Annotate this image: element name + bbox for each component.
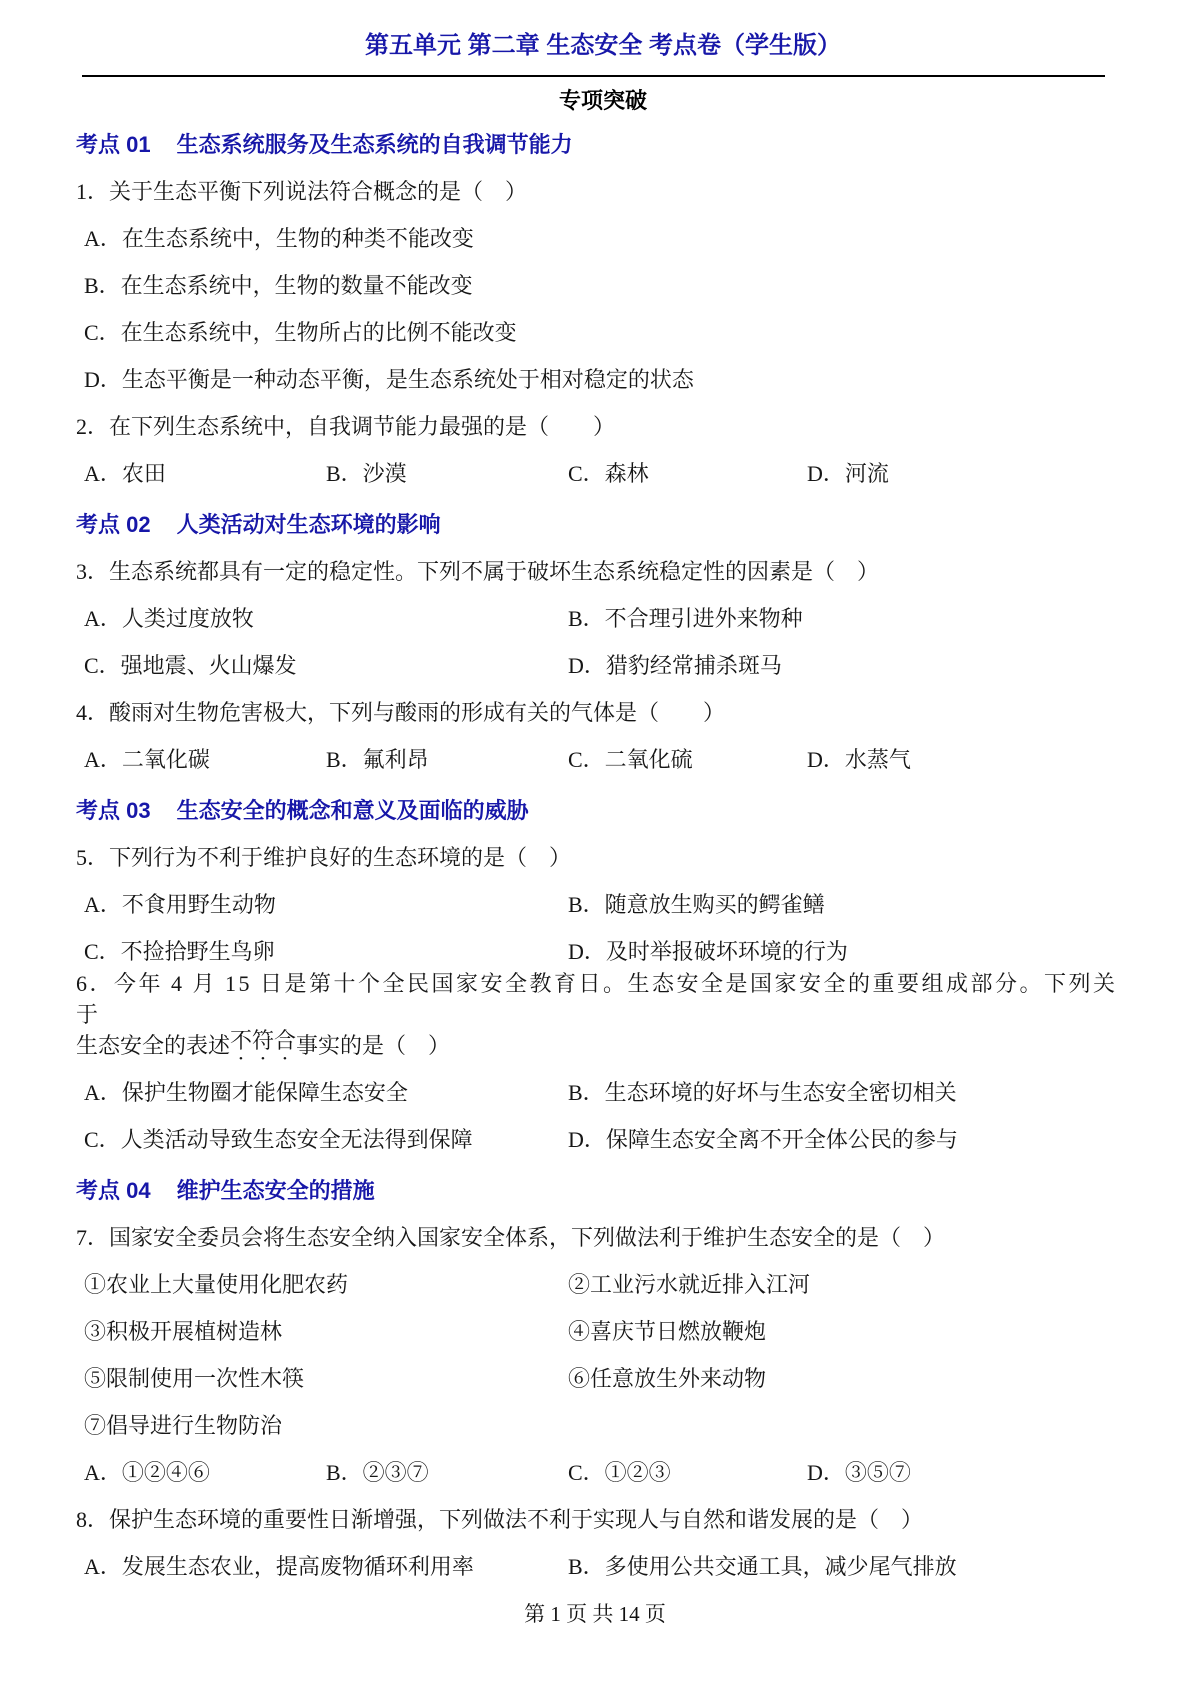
q7-option-d: D．③⑤⑦ bbox=[807, 1456, 1130, 1487]
section-03-label: 考点 03 bbox=[76, 794, 151, 825]
section-01-label: 考点 01 bbox=[76, 128, 151, 159]
q2-stem: 2．在下列生态系统中，自我调节能力最强的是（ ） bbox=[76, 402, 1130, 449]
q6-option-a: A．保护生物圈才能保障生态安全 bbox=[84, 1076, 568, 1107]
q4-options-row: A．二氧化碳 B．氟利昂 C．二氧化硫 D．水蒸气 bbox=[84, 735, 1130, 782]
q3-options-row-cd: C．强地震、火山爆发 D．猎豹经常捕杀斑马 bbox=[84, 641, 1130, 688]
q6-options-row-cd: C．人类活动导致生态安全无法得到保障 D．保障生态安全离不开全体公民的参与 bbox=[84, 1115, 1130, 1162]
q7-item-2: ②工业污水就近排入江河 bbox=[568, 1268, 1130, 1299]
q8-stem: 8．保护生态环境的重要性日渐增强，下列做法不利于实现人与自然和谐发展的是（ ） bbox=[76, 1495, 1130, 1542]
q5-option-c: C．不捡拾野生鸟卵 bbox=[84, 935, 568, 966]
q3-option-c: C．强地震、火山爆发 bbox=[84, 649, 568, 680]
q4-option-d: D．水蒸气 bbox=[807, 743, 1130, 774]
q7-option-c: C．①②③ bbox=[568, 1456, 807, 1487]
q1-stem: 1．关于生态平衡下列说法符合概念的是（ ） bbox=[76, 167, 1130, 214]
q7-options-row: A．①②④⑥ B．②③⑦ C．①②③ D．③⑤⑦ bbox=[84, 1448, 1130, 1495]
subtitle: 专项突破 bbox=[76, 86, 1130, 116]
q7-option-b: B．②③⑦ bbox=[326, 1456, 568, 1487]
q4-option-a: A．二氧化碳 bbox=[84, 743, 326, 774]
section-heading-03: 考点 03 生态安全的概念和意义及面临的威胁 bbox=[76, 786, 1130, 833]
q6-options-row-ab: A．保护生物圈才能保障生态安全 B．生态环境的好坏与生态安全密切相关 bbox=[84, 1068, 1130, 1115]
q6-stem-line2-suffix: 事实的是（ ） bbox=[296, 1029, 450, 1060]
q2-option-c: C．森林 bbox=[568, 457, 807, 488]
q2-options-row: A．农田 B．沙漠 C．森林 D．河流 bbox=[84, 449, 1130, 496]
document-page: 第五单元 第二章 生态安全 考点卷（学生版） 专项突破 考点 01 生态系统服务… bbox=[0, 0, 1190, 1589]
q8-option-b: B．多使用公共交通工具，减少尾气排放 bbox=[568, 1550, 1130, 1581]
q7-items-row-3: ⑤限制使用一次性木筷 ⑥任意放生外来动物 bbox=[84, 1354, 1130, 1401]
q4-option-b: B．氟利昂 bbox=[326, 743, 568, 774]
q5-option-d: D．及时举报破坏环境的行为 bbox=[568, 935, 1130, 966]
q3-stem: 3．生态系统都具有一定的稳定性。下列不属于破坏生态系统稳定性的因素是（ ） bbox=[76, 547, 1130, 594]
q3-options-row-ab: A．人类过度放牧 B．不合理引进外来物种 bbox=[84, 594, 1130, 641]
q7-items-row-2: ③积极开展植树造林 ④喜庆节日燃放鞭炮 bbox=[84, 1307, 1130, 1354]
q7-item-7: ⑦倡导进行生物防治 bbox=[84, 1401, 1130, 1448]
page-title: 第五单元 第二章 生态安全 考点卷（学生版） bbox=[76, 30, 1130, 62]
q1-option-b: B．在生态系统中，生物的数量不能改变 bbox=[84, 261, 1130, 308]
q7-item-6: ⑥任意放生外来动物 bbox=[568, 1362, 1130, 1393]
q1-option-a: A．在生态系统中，生物的种类不能改变 bbox=[84, 214, 1130, 261]
q3-option-a: A．人类过度放牧 bbox=[84, 602, 568, 633]
q5-option-a: A．不食用野生动物 bbox=[84, 888, 568, 919]
q6-option-c: C．人类活动导致生态安全无法得到保障 bbox=[84, 1123, 568, 1154]
q4-option-c: C．二氧化硫 bbox=[568, 743, 807, 774]
q2-option-b: B．沙漠 bbox=[326, 457, 568, 488]
q8-options-row-ab: A．发展生态农业，提高废物循环利用率 B．多使用公共交通工具，减少尾气排放 bbox=[84, 1542, 1130, 1589]
q6-stem-line2-prefix: 生态安全的表述 bbox=[76, 1029, 230, 1060]
q2-option-a: A．农田 bbox=[84, 457, 326, 488]
q5-option-b: B．随意放生购买的鳄雀鳝 bbox=[568, 888, 1130, 919]
section-heading-01: 考点 01 生态系统服务及生态系统的自我调节能力 bbox=[76, 120, 1130, 167]
q3-option-b: B．不合理引进外来物种 bbox=[568, 602, 1130, 633]
q6-stem-emphasis: 不符合 bbox=[230, 1024, 296, 1065]
q7-item-3: ③积极开展植树造林 bbox=[84, 1315, 568, 1346]
section-heading-04: 考点 04 维护生态安全的措施 bbox=[76, 1166, 1130, 1213]
q1-option-d: D．生态平衡是一种动态平衡，是生态系统处于相对稳定的状态 bbox=[84, 355, 1130, 402]
section-02-title: 人类活动对生态环境的影响 bbox=[177, 508, 441, 539]
q8-option-a: A．发展生态农业，提高废物循环利用率 bbox=[84, 1550, 568, 1581]
section-02-label: 考点 02 bbox=[76, 508, 151, 539]
q6-option-b: B．生态环境的好坏与生态安全密切相关 bbox=[568, 1076, 1130, 1107]
section-03-title: 生态安全的概念和意义及面临的威胁 bbox=[177, 794, 529, 825]
q7-items-row-1: ①农业上大量使用化肥农药 ②工业污水就近排入江河 bbox=[84, 1260, 1130, 1307]
q4-stem: 4．酸雨对生物危害极大，下列与酸雨的形成有关的气体是（ ） bbox=[76, 688, 1130, 735]
q1-option-c: C．在生态系统中，生物所占的比例不能改变 bbox=[84, 308, 1130, 355]
q7-stem: 7．国家安全委员会将生态安全纳入国家安全体系，下列做法利于维护生态安全的是（ ） bbox=[76, 1213, 1130, 1260]
section-04-label: 考点 04 bbox=[76, 1174, 151, 1205]
q7-option-a: A．①②④⑥ bbox=[84, 1456, 326, 1487]
section-heading-02: 考点 02 人类活动对生态环境的影响 bbox=[76, 500, 1130, 547]
q5-stem: 5．下列行为不利于维护良好的生态环境的是（ ） bbox=[76, 833, 1130, 880]
q7-item-1: ①农业上大量使用化肥农药 bbox=[84, 1268, 568, 1299]
q7-item-5: ⑤限制使用一次性木筷 bbox=[84, 1362, 568, 1393]
section-04-title: 维护生态安全的措施 bbox=[177, 1174, 375, 1205]
q5-options-row-ab: A．不食用野生动物 B．随意放生购买的鳄雀鳝 bbox=[84, 880, 1130, 927]
q6-stem-line1: 6．今年 4 月 15 日是第十个全民国家安全教育日。生态安全是国家安全的重要组… bbox=[76, 974, 1130, 1021]
horizontal-divider bbox=[82, 75, 1105, 77]
page-footer: 第 1 页 共 14 页 bbox=[0, 1598, 1190, 1630]
section-01-title: 生态系统服务及生态系统的自我调节能力 bbox=[177, 128, 573, 159]
q6-option-d: D．保障生态安全离不开全体公民的参与 bbox=[568, 1123, 1130, 1154]
q2-option-d: D．河流 bbox=[807, 457, 1130, 488]
q7-item-4: ④喜庆节日燃放鞭炮 bbox=[568, 1315, 1130, 1346]
q3-option-d: D．猎豹经常捕杀斑马 bbox=[568, 649, 1130, 680]
